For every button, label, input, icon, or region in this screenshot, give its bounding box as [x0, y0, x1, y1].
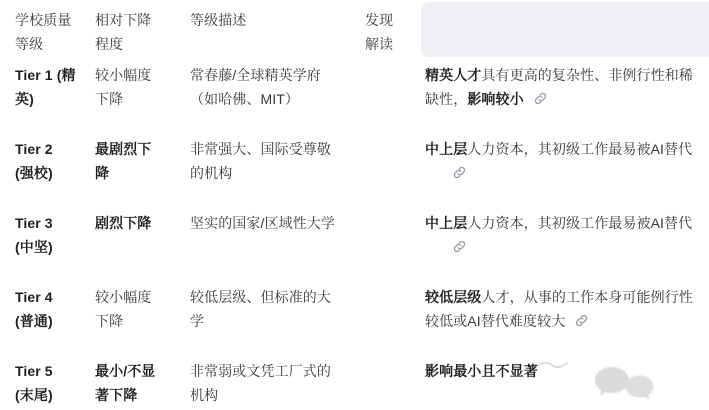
spacer-cell [365, 285, 425, 333]
header-relative-decline: 相对下降 程度 [95, 8, 190, 57]
decline-cell: 最小/不显 著下降 [95, 359, 190, 407]
interpretation-text: 影响较小 [467, 91, 523, 107]
link-icon[interactable] [575, 314, 588, 327]
table-row: Tier 4 (普通)较小幅度 下降较低层级、但标准的大 学较低层级人才，从事的… [0, 285, 709, 333]
link-icon-line [425, 161, 709, 185]
interpretation-text: 精英人才 [425, 67, 481, 83]
description-cell: 非常弱或文凭工厂式的 机构 [190, 359, 365, 407]
interpretation-text: 人力资本，其初级工作最易被AI替代 [467, 215, 692, 231]
spacer-cell [365, 211, 425, 259]
watermark-scribble [536, 358, 570, 372]
description-cell: 非常强大、国际受尊敬 的机构 [190, 137, 365, 185]
table-header-row: 学校质量 等级 相对下降 程度 等级描述 发现 解读 [0, 0, 709, 57]
wechat-watermark-icon [592, 366, 658, 400]
table-row: Tier 3 (中坚)剧烈下降坚实的国家/区域性大学中上层人力资本，其初级工作最… [0, 211, 709, 259]
description-cell: 坚实的国家/区域性大学 [190, 211, 365, 259]
link-icon[interactable] [453, 240, 466, 253]
interpretation-cell: 中上层人力资本，其初级工作最易被AI替代 [425, 137, 709, 185]
link-icon[interactable] [453, 166, 466, 179]
interpretation-cell: 中上层人力资本，其初级工作最易被AI替代 [425, 211, 709, 259]
tier-cell: Tier 3 (中坚) [15, 211, 95, 259]
school-tier-table-page: 学校质量 等级 相对下降 程度 等级描述 发现 解读 Tier 1 (精 英)较… [0, 0, 709, 410]
tier-cell: Tier 2 (强校) [15, 137, 95, 185]
decline-cell: 剧烈下降 [95, 211, 190, 259]
decline-cell: 较小幅度 下降 [95, 63, 190, 111]
interpretation-cell: 精英人才具有更高的复杂性、非例行性和稀 缺性，影响较小 [425, 63, 709, 111]
table-row: Tier 2 (强校)最剧烈下 降非常强大、国际受尊敬 的机构中上层人力资本，其… [0, 137, 709, 185]
spacer-cell [365, 137, 425, 185]
spacer-cell [365, 359, 425, 407]
tier-cell: Tier 4 (普通) [15, 285, 95, 333]
interpretation-cell: 较低层级人才，从事的工作本身可能例行性 较低或AI替代难度较大 [425, 285, 709, 333]
description-cell: 常春藤/全球精英学府 （如哈佛、MIT） [190, 63, 365, 111]
decline-cell: 较小幅度 下降 [95, 285, 190, 333]
link-icon[interactable] [534, 92, 547, 105]
interpretation-text: 中上层 [425, 215, 467, 231]
tier-cell: Tier 5 (末尾) [15, 359, 95, 407]
interpretation-text: 中上层 [425, 141, 467, 157]
decline-cell: 最剧烈下 降 [95, 137, 190, 185]
table-row: Tier 1 (精 英)较小幅度 下降常春藤/全球精英学府 （如哈佛、MIT）精… [0, 63, 709, 111]
header-finding-interpretation: 发现 解读 [365, 8, 425, 57]
table-body: Tier 1 (精 英)较小幅度 下降常春藤/全球精英学府 （如哈佛、MIT）精… [0, 63, 709, 407]
interpretation-text: 人力资本，其初级工作最易被AI替代 [467, 141, 692, 157]
header-school-quality: 学校质量 等级 [15, 8, 95, 57]
description-cell: 较低层级、但标准的大 学 [190, 285, 365, 333]
link-icon-line [425, 235, 709, 259]
interpretation-text: 较低层级 [425, 289, 481, 305]
header-tier-description: 等级描述 [190, 8, 365, 57]
header-highlight-block [421, 2, 709, 57]
spacer-cell [365, 63, 425, 111]
tier-cell: Tier 1 (精 英) [15, 63, 95, 111]
interpretation-text: 影响最小且不显著 [425, 363, 538, 379]
